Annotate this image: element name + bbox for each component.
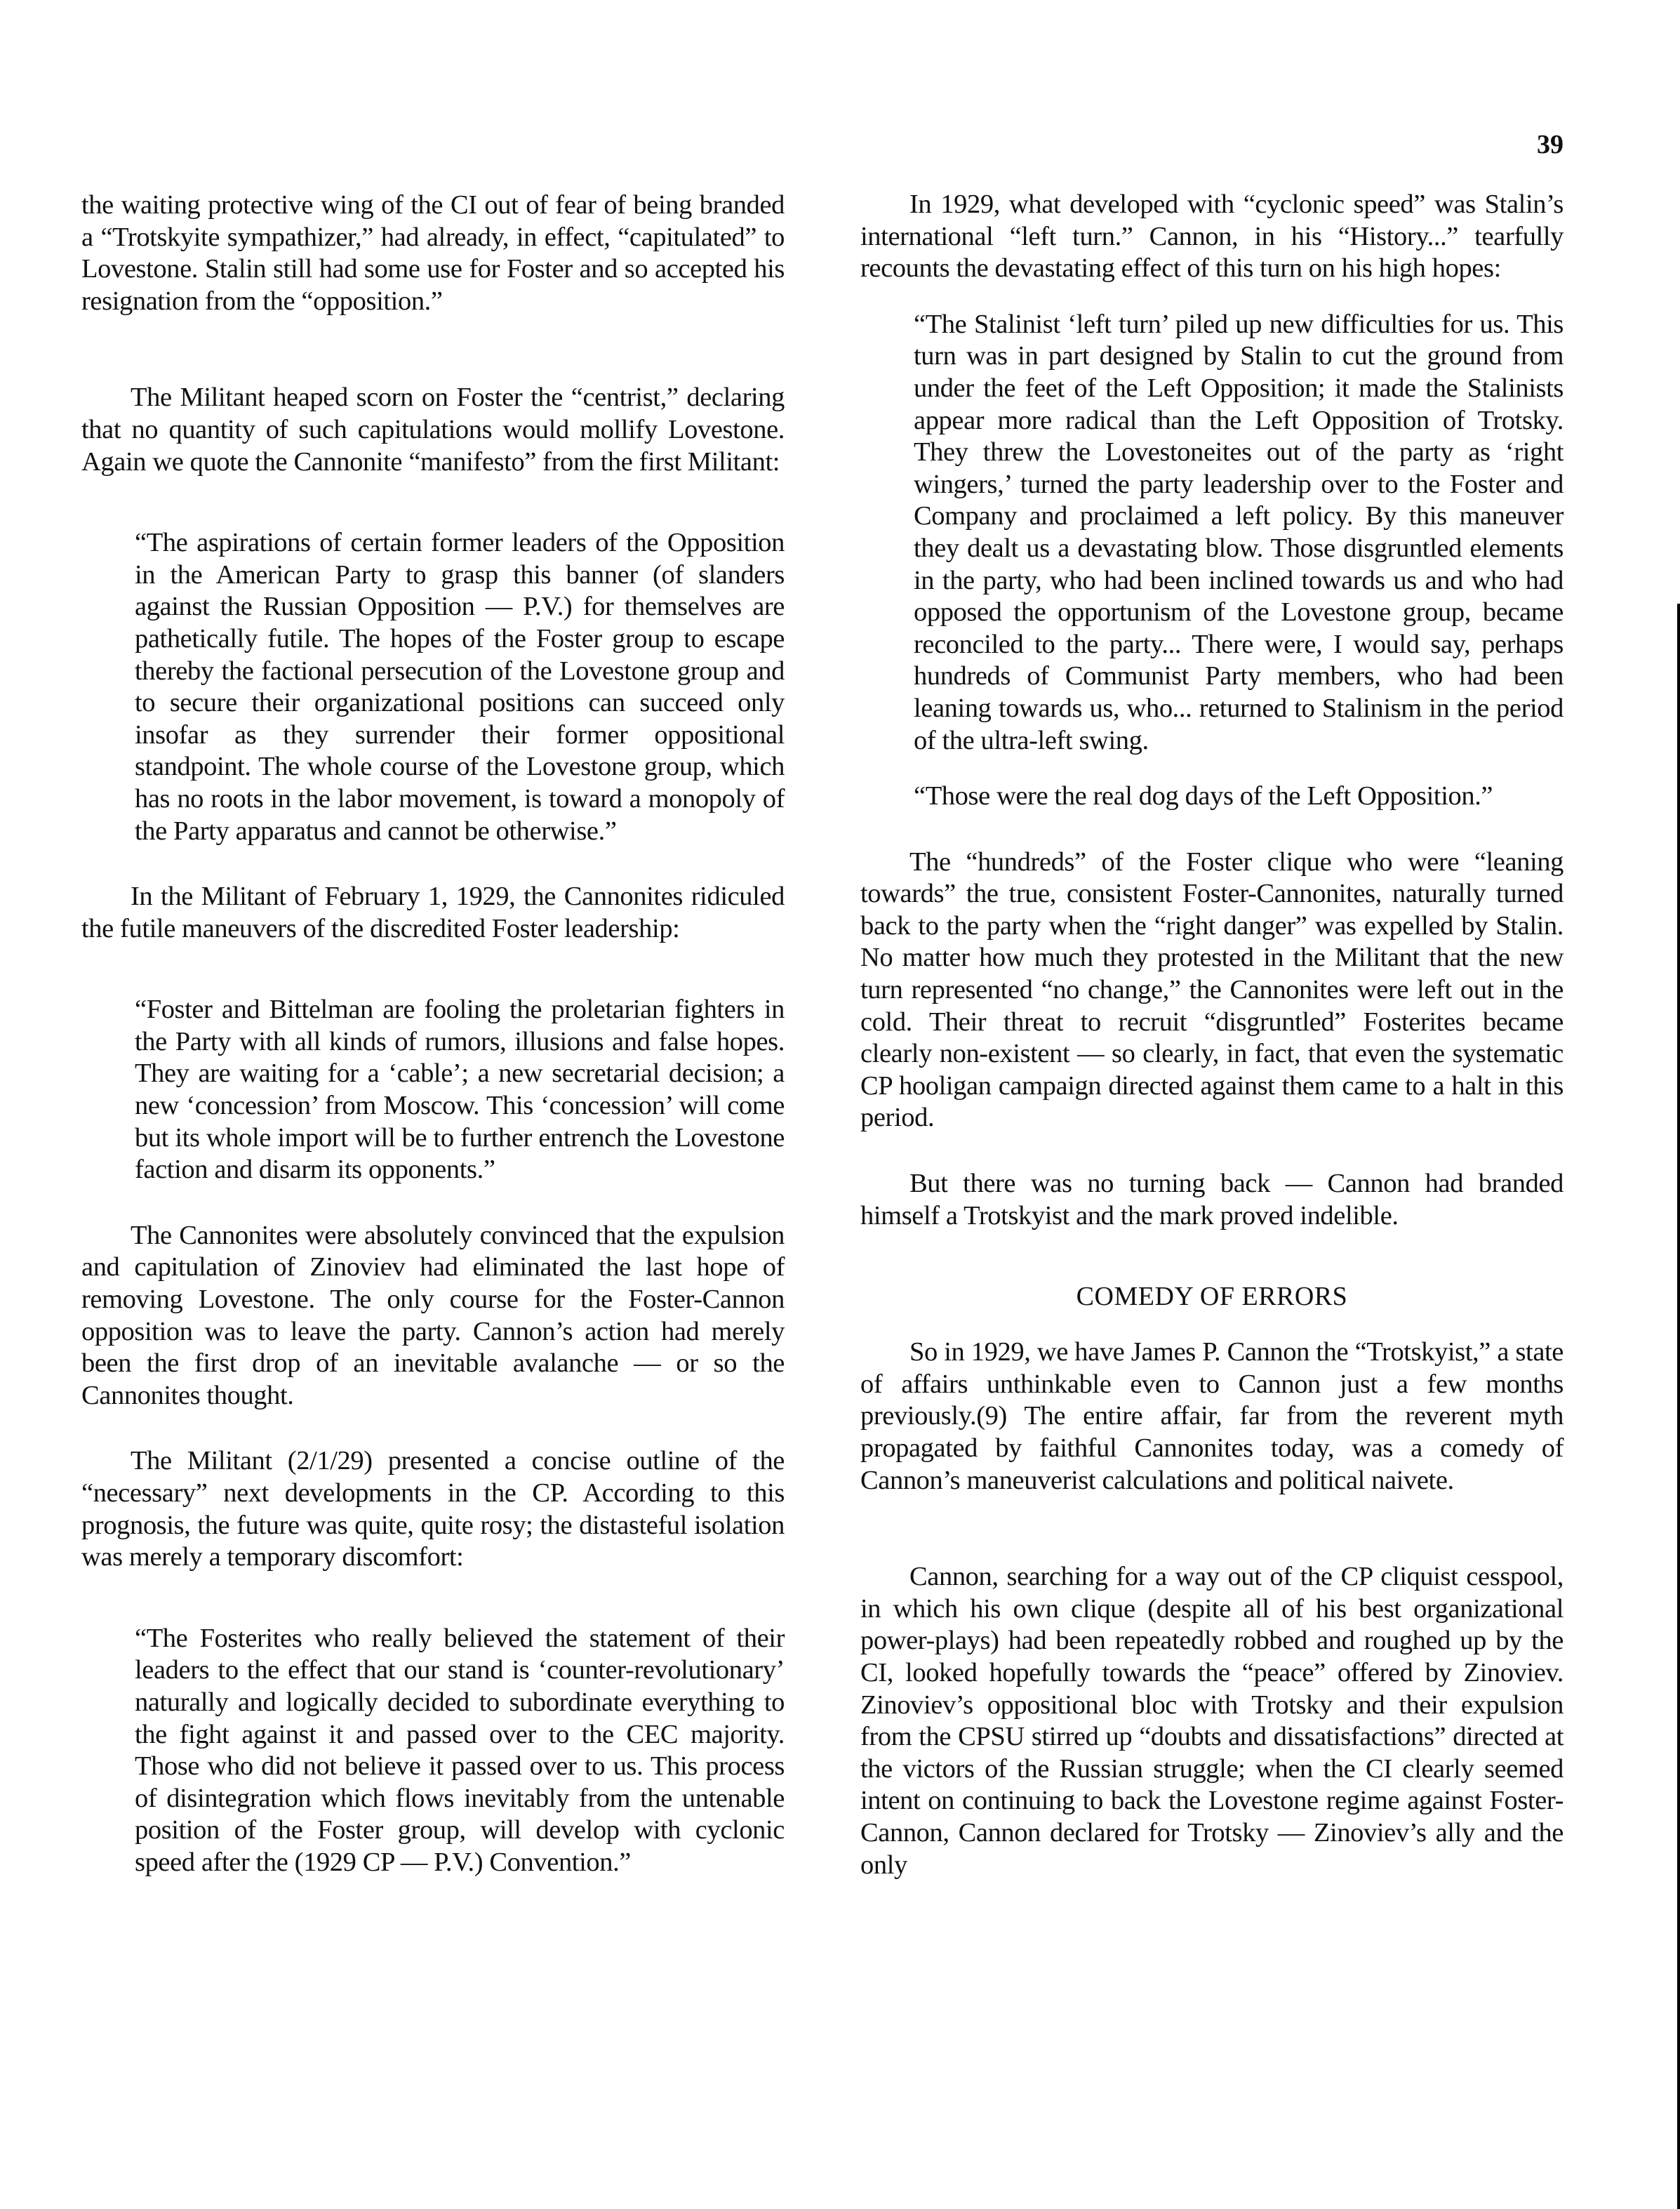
spacer bbox=[81, 1186, 785, 1220]
block-quote: “Foster and Bittelman are fooling the pr… bbox=[135, 994, 785, 1186]
paragraph: The “hundreds” of the Foster clique who … bbox=[860, 847, 1564, 1134]
spacer bbox=[860, 145, 1564, 189]
paragraph: The Cannonites were absolutely convinced… bbox=[81, 1220, 785, 1412]
paragraph: So in 1929, we have James P. Cannon the … bbox=[860, 1336, 1564, 1497]
paragraph-continued: the waiting protective wing of the CI ou… bbox=[81, 190, 785, 317]
spacer bbox=[860, 285, 1564, 309]
paragraph: In 1929, what developed with “cyclonic s… bbox=[860, 189, 1564, 285]
spacer bbox=[81, 1412, 785, 1445]
spacer bbox=[860, 1313, 1564, 1336]
spacer bbox=[860, 1134, 1564, 1168]
document-page: 39 the waiting protective wing of the CI… bbox=[0, 0, 1680, 2209]
spacer bbox=[81, 847, 785, 881]
paragraph: Cannon, searching for a way out of the C… bbox=[860, 1561, 1564, 1881]
paragraph: The Militant (2/1/29) presented a concis… bbox=[81, 1445, 785, 1573]
left-column: the waiting protective wing of the CI ou… bbox=[81, 190, 785, 1879]
block-quote: “The aspirations of certain former leade… bbox=[135, 527, 785, 847]
spacer bbox=[81, 317, 785, 382]
spacer bbox=[81, 1574, 785, 1623]
spacer bbox=[860, 1232, 1564, 1281]
paragraph: But there was no turning back — Cannon h… bbox=[860, 1168, 1564, 1232]
right-column: In 1929, what developed with “cyclonic s… bbox=[860, 145, 1564, 1881]
paragraph: In the Militant of February 1, 1929, the… bbox=[81, 881, 785, 945]
spacer bbox=[860, 813, 1564, 847]
paragraph: The Militant heaped scorn on Foster the … bbox=[81, 382, 785, 478]
section-heading: COMEDY OF ERRORS bbox=[860, 1281, 1564, 1313]
block-quote: “The Stalinist ‘left turn’ piled up new … bbox=[914, 309, 1564, 757]
spacer bbox=[81, 945, 785, 994]
scan-edge-shadow bbox=[1676, 604, 1680, 2209]
spacer bbox=[860, 757, 1564, 781]
block-quote: “The Fosterites who really believed the … bbox=[135, 1623, 785, 1879]
block-quote: “Those were the real dog days of the Lef… bbox=[914, 781, 1564, 813]
spacer bbox=[860, 1497, 1564, 1561]
spacer bbox=[81, 478, 785, 527]
